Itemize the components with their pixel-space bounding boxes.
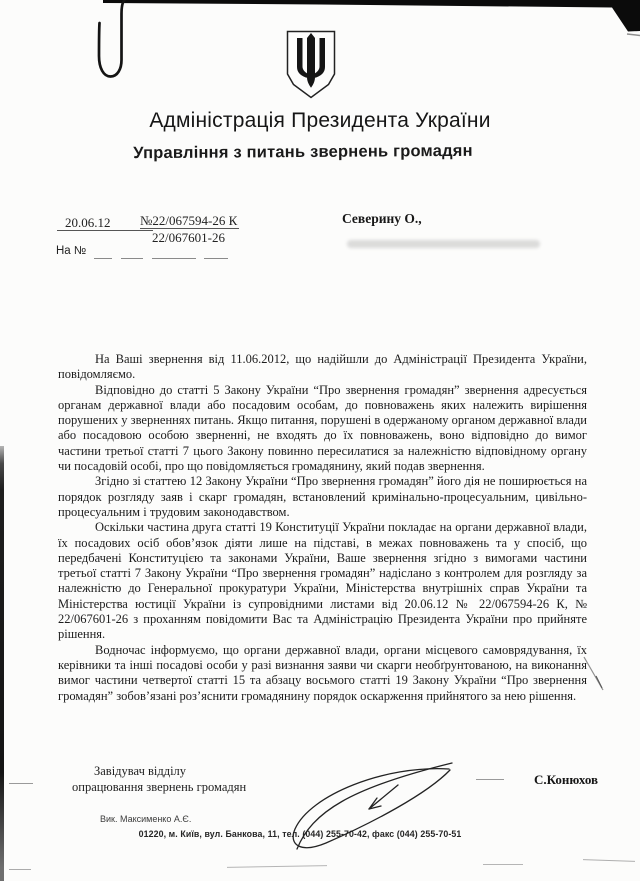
date-underline <box>57 230 153 231</box>
reply-to-label: На № <box>56 245 86 257</box>
paperclip-icon <box>99 0 125 77</box>
paragraph-2: Відповідно до статті 5 Закону України “П… <box>58 383 587 475</box>
addressee-name: Северину О., <box>342 211 422 227</box>
scan-top-edge-band <box>103 0 640 32</box>
scanned-letter-page: Адміністрація Президента України Управлі… <box>0 0 640 881</box>
pencil-dash <box>476 779 504 780</box>
paragraph-4: Оскільки частина друга статті 19 Констит… <box>58 520 587 642</box>
pencil-mark <box>227 865 327 868</box>
pencil-mark <box>9 783 33 784</box>
letter-body: На Ваші звернення від 11.06.2012, що над… <box>58 352 587 704</box>
blank-line-dash <box>121 258 143 259</box>
signer-position-line1: Завідувач відділу <box>94 764 186 779</box>
blank-line-dash <box>94 258 112 259</box>
blank-line-dash <box>152 258 196 259</box>
letter-date: 20.06.12 <box>65 215 111 231</box>
paragraph-5: Водночас інформуємо, що органи державної… <box>58 643 587 704</box>
organization-subtitle: Управління з питань звернень громадян <box>0 141 606 164</box>
scan-top-edge-shadow <box>627 34 640 36</box>
paragraph-1: На Ваші звернення від 11.06.2012, що над… <box>58 352 587 383</box>
pencil-mark <box>583 859 635 862</box>
pencil-mark <box>483 864 523 865</box>
coat-of-arms-ukraine-icon <box>284 29 338 101</box>
organization-title: Адміністрація Президента України <box>0 109 640 133</box>
blank-line-dash <box>204 258 228 259</box>
executor-note: Вик. Максименко А.Є. <box>100 814 191 824</box>
redacted-address-smudge <box>347 240 540 248</box>
paragraph-3: Згідно зі статтею 12 Закону України “Про… <box>58 474 587 520</box>
signer-name: С.Конюхов <box>534 772 598 788</box>
footer-address: 01220, м. Київ, вул. Банкова, 11, тел. (… <box>0 829 600 839</box>
scan-edge-strip <box>0 446 4 881</box>
number-underline <box>140 228 239 229</box>
signer-position-line2: опрацювання звернень громадян <box>72 780 246 795</box>
letter-number-1: №22/067594-26 К <box>140 213 237 229</box>
letter-number-2: 22/067601-26 <box>152 230 225 246</box>
pencil-mark <box>9 869 31 870</box>
